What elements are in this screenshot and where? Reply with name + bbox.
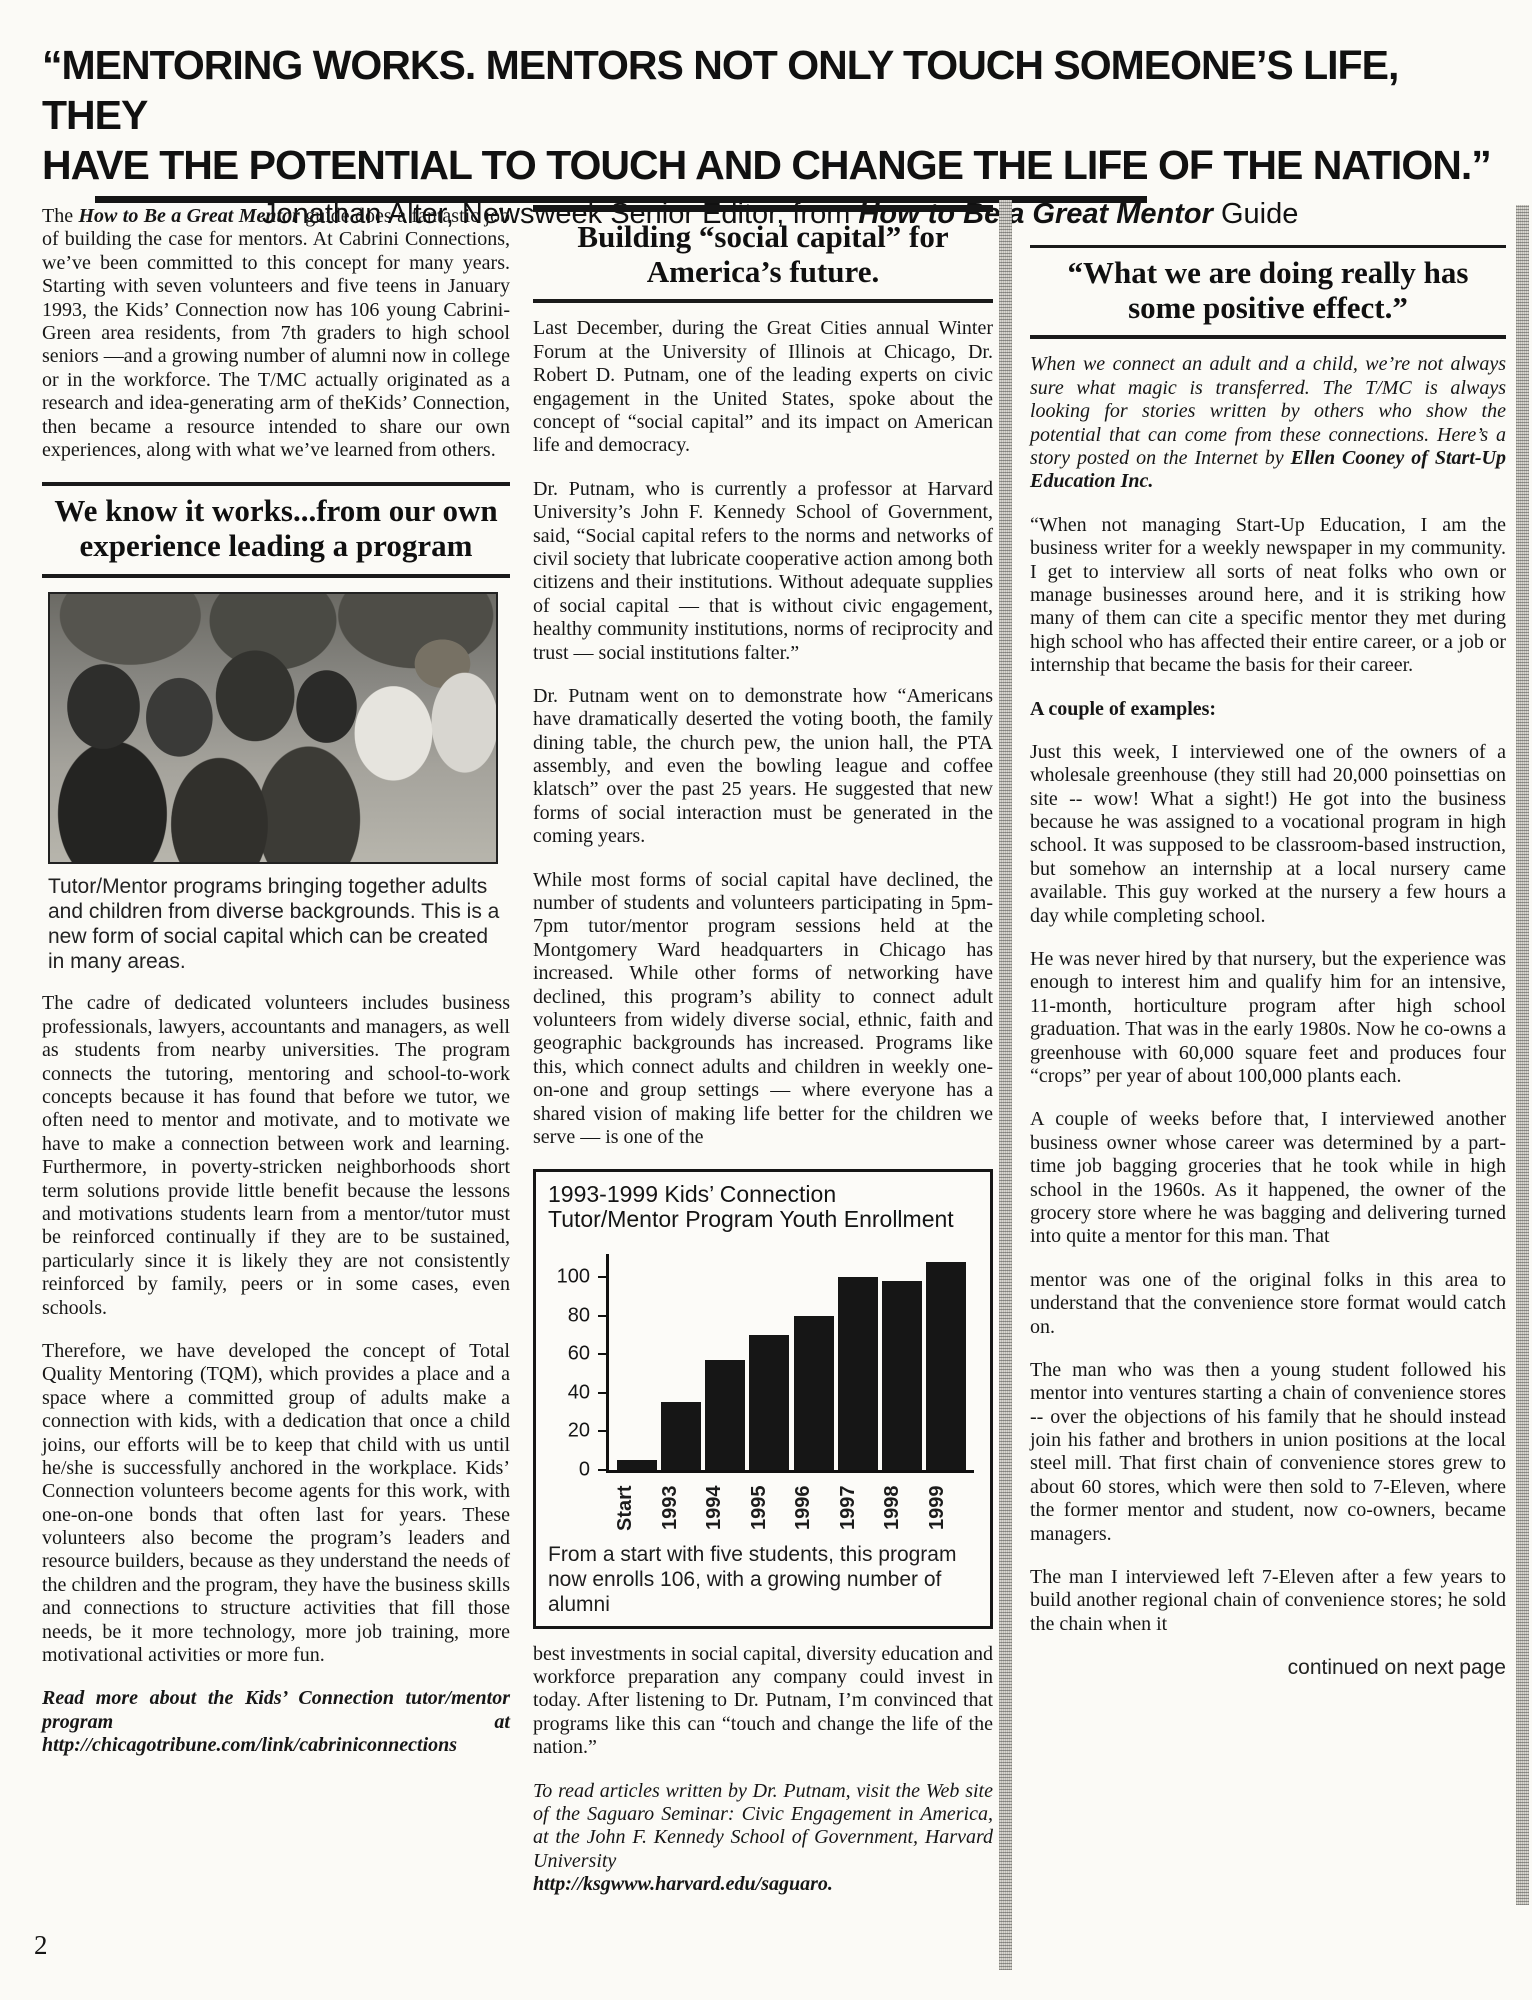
enrollment-chart: 1993-1999 Kids’ Connection Tutor/Mentor …	[533, 1169, 993, 1628]
bar-1993	[661, 1402, 701, 1470]
bar-1999	[926, 1262, 966, 1470]
left-p1-pre: The	[42, 205, 78, 227]
putnam-note-url: http://ksgwww.harvard.edu/saguaro.	[533, 1873, 833, 1895]
middle-paragraph-5: best investments in social capital, dive…	[533, 1643, 993, 1760]
left-p1-post: guide does a fantastic job of building t…	[42, 205, 510, 461]
group-photo	[48, 592, 498, 864]
right-column: “What we are doing really has some posit…	[1030, 205, 1506, 1681]
middle-paragraph-3: Dr. Putnam went on to demonstrate how “A…	[533, 685, 993, 849]
x-tick-label: 1996	[792, 1476, 832, 1540]
y-tick-label: 100	[557, 1265, 590, 1288]
right-paragraph-4: A couple of weeks before that, I intervi…	[1030, 1108, 1506, 1248]
right-heading-line2: some positive effect.”	[1032, 291, 1504, 326]
y-tick-mark	[598, 1430, 606, 1432]
chart-area: 020406080100 Start1993199419951996199719…	[556, 1248, 978, 1540]
right-paragraph-3: He was never hired by that nursery, but …	[1030, 948, 1506, 1088]
chart-y-axis: 020406080100	[556, 1248, 598, 1470]
y-tick-label: 80	[568, 1304, 590, 1327]
readmore-url: http://chicagotribune.com/link/cabrinico…	[42, 1734, 457, 1756]
y-tick-mark	[598, 1276, 606, 1278]
examples-heading: A couple of examples:	[1030, 698, 1506, 721]
middle-column: Building “social capital” for America’s …	[533, 205, 993, 1916]
y-tick-mark	[598, 1392, 606, 1394]
photo-caption: Tutor/Mentor programs bringing together …	[48, 874, 510, 975]
right-edge-texture	[1516, 205, 1529, 1905]
y-tick-label: 40	[568, 1381, 590, 1404]
left-paragraph-2: The cadre of dedicated volunteers includ…	[42, 992, 510, 1319]
y-tick-label: 20	[568, 1419, 590, 1442]
left-section-heading: We know it works...from our own experien…	[42, 482, 510, 577]
bar-1997	[838, 1277, 878, 1470]
x-tick-label: 1995	[748, 1476, 788, 1540]
middle-section-heading: Building “social capital” for America’s …	[533, 205, 993, 303]
middle-heading-line2: America’s future.	[535, 255, 991, 290]
left-readmore-note: Read more about the Kids’ Connection tut…	[42, 1687, 510, 1757]
chart-title: 1993-1999 Kids’ Connection Tutor/Mentor …	[548, 1182, 978, 1232]
readmore-text: Read more about the Kids’ Connection tut…	[42, 1687, 510, 1732]
x-tick-label: 1999	[926, 1476, 966, 1540]
bar-1996	[794, 1316, 834, 1470]
x-tick-label: 1993	[659, 1476, 699, 1540]
x-tick-label: Start	[614, 1476, 654, 1540]
bar-1995	[749, 1335, 789, 1470]
left-paragraph-3: Therefore, we have developed the concept…	[42, 1340, 510, 1667]
y-tick-mark	[598, 1469, 606, 1471]
chart-title-line1: 1993-1999 Kids’ Connection	[548, 1182, 978, 1207]
left-p1-book-title: How to Be a Great Mentor	[78, 205, 299, 227]
right-heading-line1: “What we are doing really has	[1032, 256, 1504, 291]
page-number: 2	[34, 1930, 48, 1961]
x-tick-label: 1997	[837, 1476, 877, 1540]
middle-paragraph-2: Dr. Putnam, who is currently a professor…	[533, 478, 993, 665]
masthead-quote-line1: “MENTORING WORKS. MENTORS NOT ONLY TOUCH…	[42, 40, 1502, 140]
left-paragraph-1: The How to Be a Great Mentor guide does …	[42, 205, 510, 462]
y-tick-mark	[598, 1353, 606, 1355]
masthead-quote-line2: HAVE THE POTENTIAL TO TOUCH AND CHANGE T…	[42, 140, 1502, 190]
left-column: The How to Be a Great Mentor guide does …	[42, 205, 510, 1778]
right-intro: When we connect an adult and a child, we…	[1030, 353, 1506, 493]
bar-Start	[617, 1460, 657, 1470]
bar-1994	[705, 1360, 745, 1470]
chart-x-axis-labels: Start1993199419951996199719981999	[606, 1476, 974, 1540]
right-section-heading: “What we are doing really has some posit…	[1030, 245, 1506, 339]
middle-paragraph-1: Last December, during the Great Cities a…	[533, 317, 993, 457]
chart-title-line2: Tutor/Mentor Program Youth Enrollment	[548, 1207, 978, 1232]
masthead-quote: “MENTORING WORKS. MENTORS NOT ONLY TOUCH…	[42, 40, 1502, 190]
continued-note: continued on next page	[1030, 1656, 1506, 1681]
y-tick-label: 0	[579, 1458, 590, 1481]
right-paragraph-7: The man I interviewed left 7-Eleven afte…	[1030, 1566, 1506, 1636]
x-tick-label: 1994	[703, 1476, 743, 1540]
middle-heading-line1: Building “social capital” for	[535, 220, 991, 255]
y-tick-mark	[598, 1315, 606, 1317]
right-paragraph-2: Just this week, I interviewed one of the…	[1030, 741, 1506, 928]
putnam-note-text: To read articles written by Dr. Putnam, …	[533, 1780, 993, 1872]
right-paragraph-6: The man who was then a young student fol…	[1030, 1359, 1506, 1546]
middle-putnam-note: To read articles written by Dr. Putnam, …	[533, 1780, 993, 1897]
x-tick-label: 1998	[881, 1476, 921, 1540]
chart-caption: From a start with five students, this pr…	[548, 1542, 978, 1618]
header-rule	[95, 196, 1147, 203]
chart-plot	[606, 1254, 974, 1473]
right-paragraph-1: “When not managing Start-Up Education, I…	[1030, 514, 1506, 678]
right-paragraph-5: mentor was one of the original folks in …	[1030, 1269, 1506, 1339]
bar-1998	[882, 1281, 922, 1470]
middle-paragraph-4: While most forms of social capital have …	[533, 869, 993, 1150]
y-tick-label: 60	[568, 1342, 590, 1365]
newsletter-page: { "masthead": { "quote_line1": "“MENTORI…	[0, 0, 1532, 2000]
column-divider-texture	[999, 200, 1012, 1970]
